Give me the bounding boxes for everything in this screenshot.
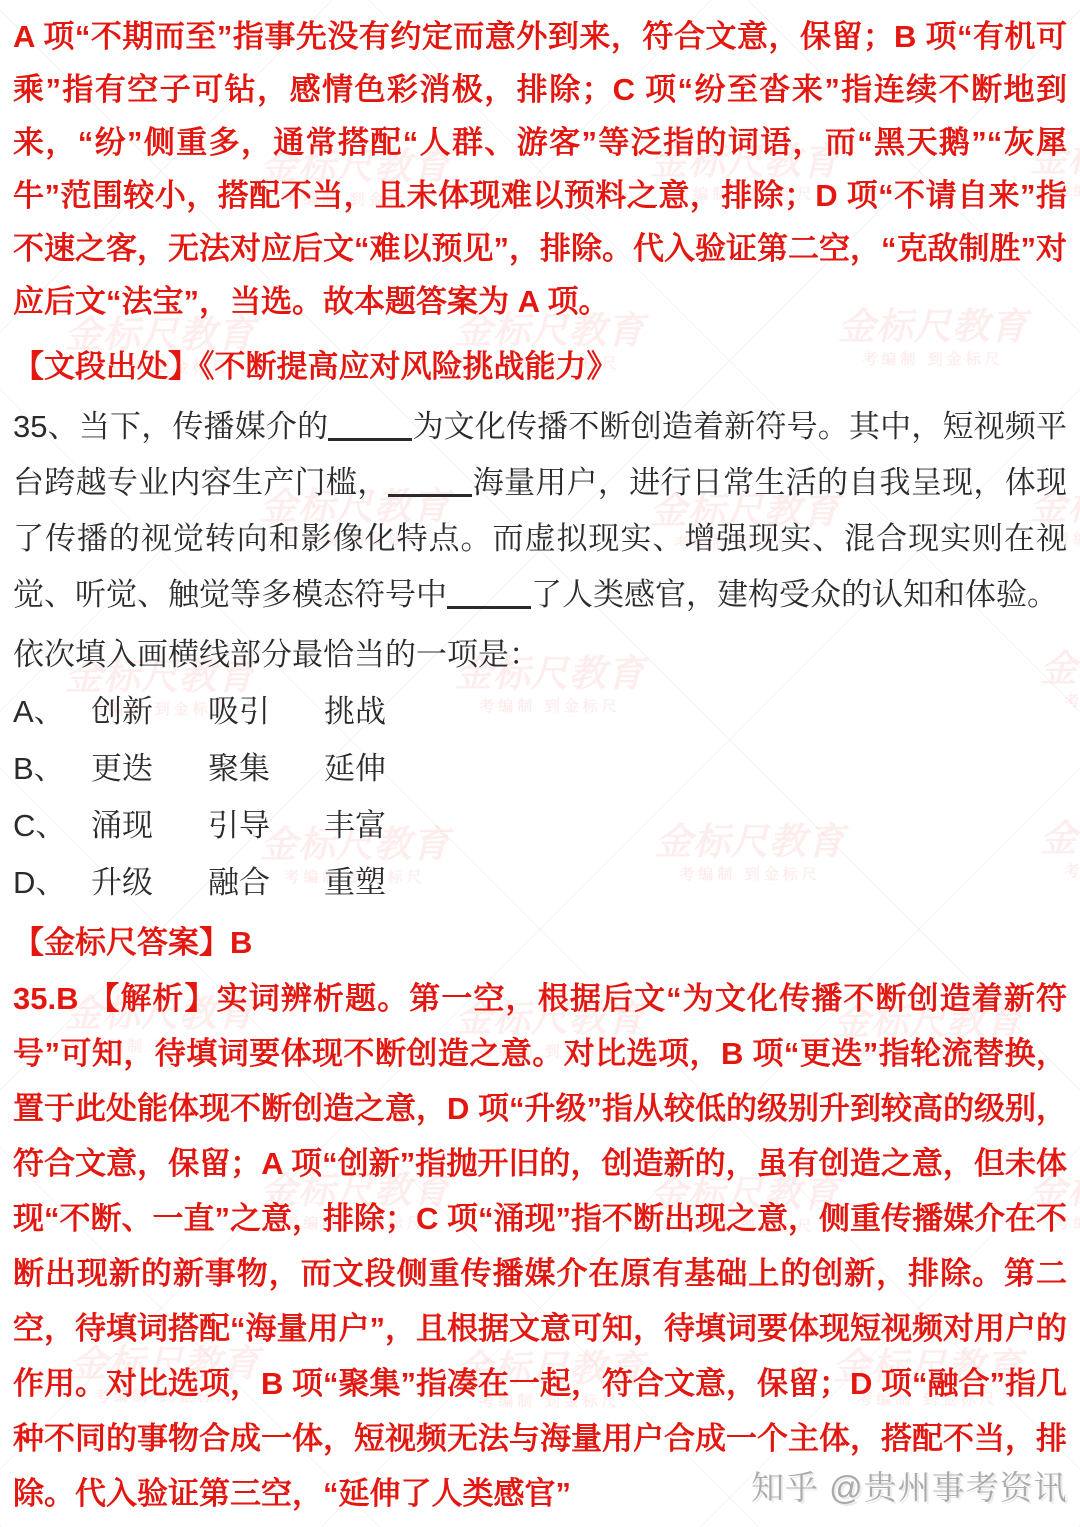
source-title: 《不断提高应对风险挑战能力》 <box>199 349 618 384</box>
option-letter: D、 <box>13 854 91 911</box>
previous-question-explanation: A 项“不期而至”指事先没有约定而意外到来，符合文意，保留；B 项“有机可乘”指… <box>13 10 1067 328</box>
answer-line: 【金标尺答案】B <box>13 915 1067 971</box>
option-word: 创新 <box>91 683 208 740</box>
option-word: 挑战 <box>324 683 386 740</box>
source-label: 【文段出处】 <box>13 349 199 384</box>
option-letter: C、 <box>13 797 91 854</box>
answer-value: B <box>230 925 252 960</box>
answer-label: 【金标尺答案】 <box>13 925 230 960</box>
option-word: 延伸 <box>324 740 386 797</box>
option-word: 更迭 <box>91 740 208 797</box>
option-word: 丰富 <box>324 797 386 854</box>
question-instruction: 依次填入画横线部分最恰当的一项是： <box>13 627 1067 683</box>
question-blank-2 <box>388 488 472 497</box>
question-blank-3 <box>447 600 531 609</box>
question-stem-part: 35、当下，传播媒介的 <box>13 409 328 444</box>
question-stem: 35、当下，传播媒介的为文化传播不断创造着新符号。其中，短视频平台跨越专业内容生… <box>13 399 1067 623</box>
source-line: 【文段出处】《不断提高应对风险挑战能力》 <box>13 340 1067 393</box>
option-word: 重塑 <box>324 854 386 911</box>
analysis-paragraph: 35.B 【解析】实词辨析题。第一空，根据后文“为文化传播不断创造着新符号”可知… <box>13 971 1067 1521</box>
question-blank-1 <box>328 432 412 441</box>
option-row-c: C、 涌现 引导 丰富 <box>13 797 1067 854</box>
option-word: 升级 <box>91 854 208 911</box>
zhihu-credit: 知乎 @贵州事考资讯 <box>751 1462 1068 1509</box>
option-word: 涌现 <box>91 797 208 854</box>
question-stem-part: 了人类感官，建构受众的认知和体验。 <box>531 577 1058 612</box>
option-word: 融合 <box>208 854 324 911</box>
option-row-b: B、 更迭 聚集 延伸 <box>13 740 1067 797</box>
option-word: 引导 <box>208 797 324 854</box>
exam-solution-page: 金标尺教育考编制 到金标尺金标尺教育考编制 到金标尺金标尺教育考编制 到金标尺金… <box>0 0 1080 1527</box>
option-word: 聚集 <box>208 740 324 797</box>
option-row-d: D、 升级 融合 重塑 <box>13 854 1067 911</box>
option-letter: A、 <box>13 683 91 740</box>
options-list: A、 创新 吸引 挑战 B、 更迭 聚集 延伸 C、 涌现 引导 丰富 D、 升… <box>13 683 1067 911</box>
option-word: 吸引 <box>208 683 324 740</box>
option-letter: B、 <box>13 740 91 797</box>
page-content: A 项“不期而至”指事先没有约定而意外到来，符合文意，保留；B 项“有机可乘”指… <box>0 0 1080 1527</box>
option-row-a: A、 创新 吸引 挑战 <box>13 683 1067 740</box>
